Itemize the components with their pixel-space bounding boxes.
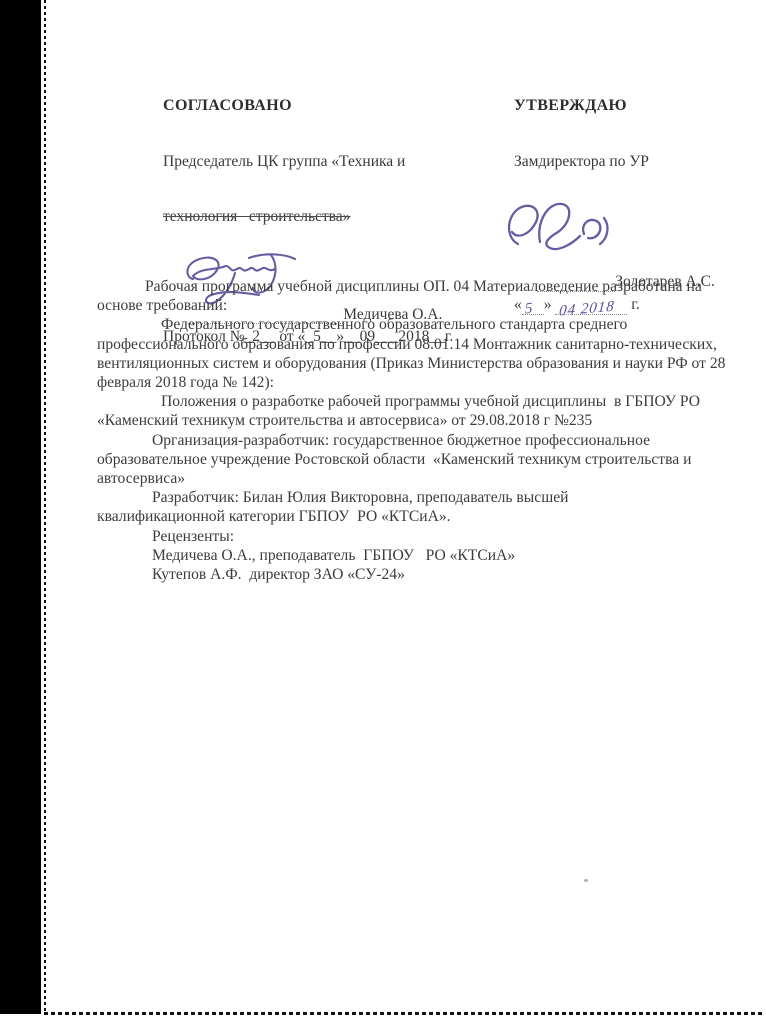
body-text-line: Федерального государственного образовате… [97,315,745,334]
body-text-line: Рецензенты: [97,527,745,546]
body-text-line: «Каменский техникум строительства и авто… [97,411,745,430]
body-text-line: Медичева О.А., преподаватель ГБПОУ РО «К… [97,546,745,565]
scan-dotted-bottom-border [44,1012,764,1015]
scanned-document-page: СОГЛАСОВАНО Председатель ЦК группа «Техн… [0,0,766,1018]
document-body: Рабочая программа учебной дисциплины ОП.… [97,277,745,584]
body-text-line: профессионального образования по професс… [97,335,745,354]
agreed-line1: Председатель ЦК группа «Техника и [163,153,503,172]
signature-zolotarev-icon [500,192,630,260]
approved-line1: Замдиректора по УР [514,153,759,172]
approved-signature-row: Золотарев А.С. [514,236,759,255]
scan-dotted-left-border [44,0,46,1014]
body-text-line: квалификационной категории ГБПОУ РО «КТС… [97,507,745,526]
body-text-line: Рабочая программа учебной дисциплины ОП.… [97,277,745,296]
body-text-line: автосервиса» [97,469,745,488]
approved-title: УТВЕРЖДАЮ [514,97,759,116]
agreed-title: СОГЛАСОВАНО [163,97,503,116]
scan-speck [584,879,588,882]
body-text-line: Организация-разработчик: государственное… [97,431,745,450]
body-text-line: вентиляционных систем и оборудования (Пр… [97,354,745,373]
agreed-line2-text: технология строительства» [163,208,350,225]
body-text-line: основе требований: [97,296,745,315]
scanner-edge-bar [0,0,41,1014]
body-text-line: Разработчик: Билан Юлия Викторовна, преп… [97,488,745,507]
agreed-line2: технология строительства» [163,208,503,227]
body-text-line: Положения о разработке рабочей программы… [97,392,745,411]
body-text-line: Кутепов А.Ф. директор ЗАО «СУ-24» [97,565,745,584]
body-text-line: образовательное учреждение Ростовской об… [97,450,745,469]
body-text-line: февраля 2018 года № 142): [97,373,745,392]
